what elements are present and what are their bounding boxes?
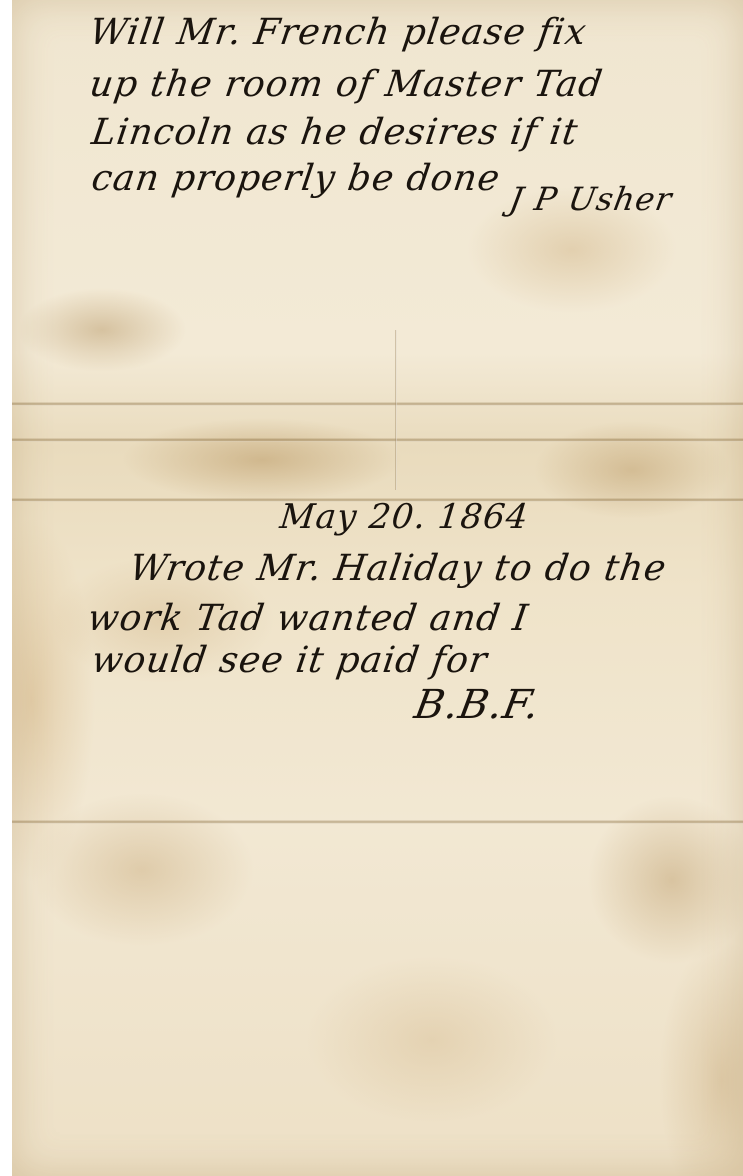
- fold-crease: [12, 438, 743, 442]
- vertical-tear: [395, 330, 397, 490]
- handwritten-line: would see it paid for: [89, 640, 490, 681]
- note-date: May 20. 1864: [278, 497, 531, 537]
- signature-initials: B.B.F.: [411, 682, 544, 728]
- handwritten-line: Wrote Mr. Haliday to do the: [127, 548, 669, 589]
- handwritten-line: Lincoln as he desires if it: [89, 112, 581, 153]
- signature-usher: J P Usher: [507, 180, 676, 218]
- handwritten-line: work Tad wanted and I: [85, 598, 531, 639]
- fold-crease: [12, 402, 743, 406]
- handwritten-line: Will Mr. French please fix: [87, 12, 589, 53]
- fold-crease: [12, 820, 743, 824]
- handwritten-line: up the room of Master Tad: [87, 64, 605, 105]
- handwritten-line: can properly be done: [89, 158, 503, 199]
